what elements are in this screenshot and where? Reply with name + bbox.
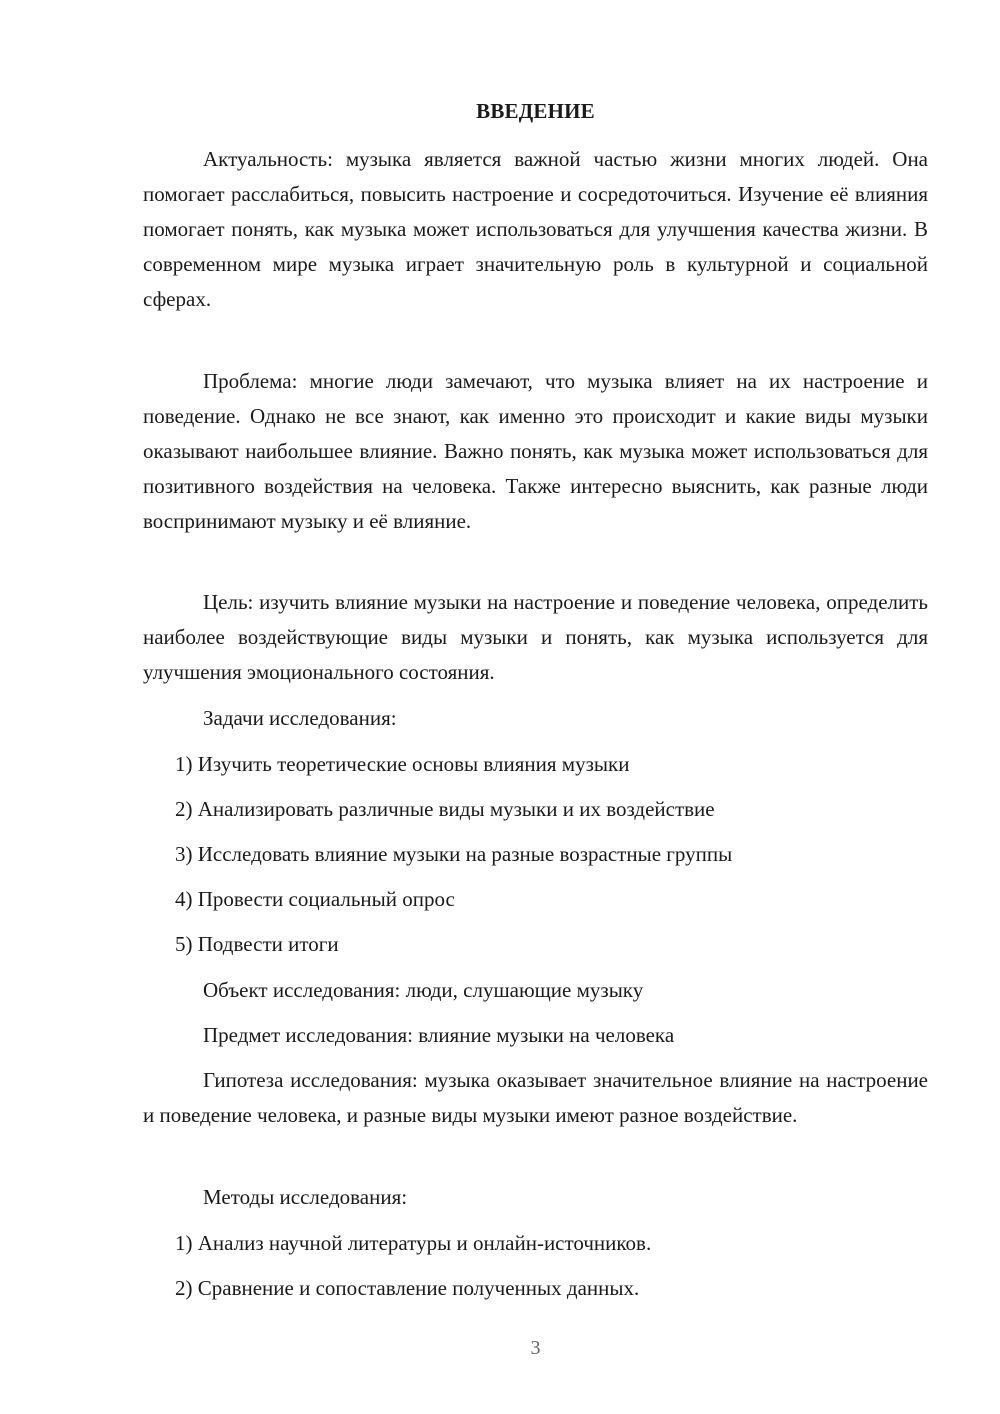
research-object: Объект исследования: люди, слушающие муз… — [203, 975, 988, 1005]
task-item: 1) Изучить теоретические основы влияния … — [175, 749, 960, 779]
section-title: ВВЕДЕНИЕ — [143, 96, 928, 126]
task-item: 5) Подвести итоги — [175, 929, 960, 959]
method-item: 1) Анализ научной литературы и онлайн-ис… — [175, 1228, 960, 1258]
methods-heading: Методы исследования: — [203, 1182, 988, 1212]
method-item: 2) Сравнение и сопоставление полученных … — [175, 1273, 960, 1303]
tasks-heading: Задачи исследования: — [203, 703, 988, 733]
page-number: 3 — [143, 1335, 928, 1361]
task-item: 2) Анализировать различные виды музыки и… — [175, 794, 960, 824]
paragraph-hypothesis: Гипотеза исследования: музыка оказывает … — [143, 1063, 928, 1133]
paragraph-goal: Цель: изучить влияние музыки на настроен… — [143, 585, 928, 690]
task-item: 4) Провести социальный опрос — [175, 884, 960, 914]
research-subject: Предмет исследования: влияние музыки на … — [203, 1020, 988, 1050]
task-item: 3) Исследовать влияние музыки на разные … — [175, 839, 960, 869]
paragraph-relevance: Актуальность: музыка является важной час… — [143, 142, 928, 317]
paragraph-problem: Проблема: многие люди замечают, что музы… — [143, 364, 928, 539]
